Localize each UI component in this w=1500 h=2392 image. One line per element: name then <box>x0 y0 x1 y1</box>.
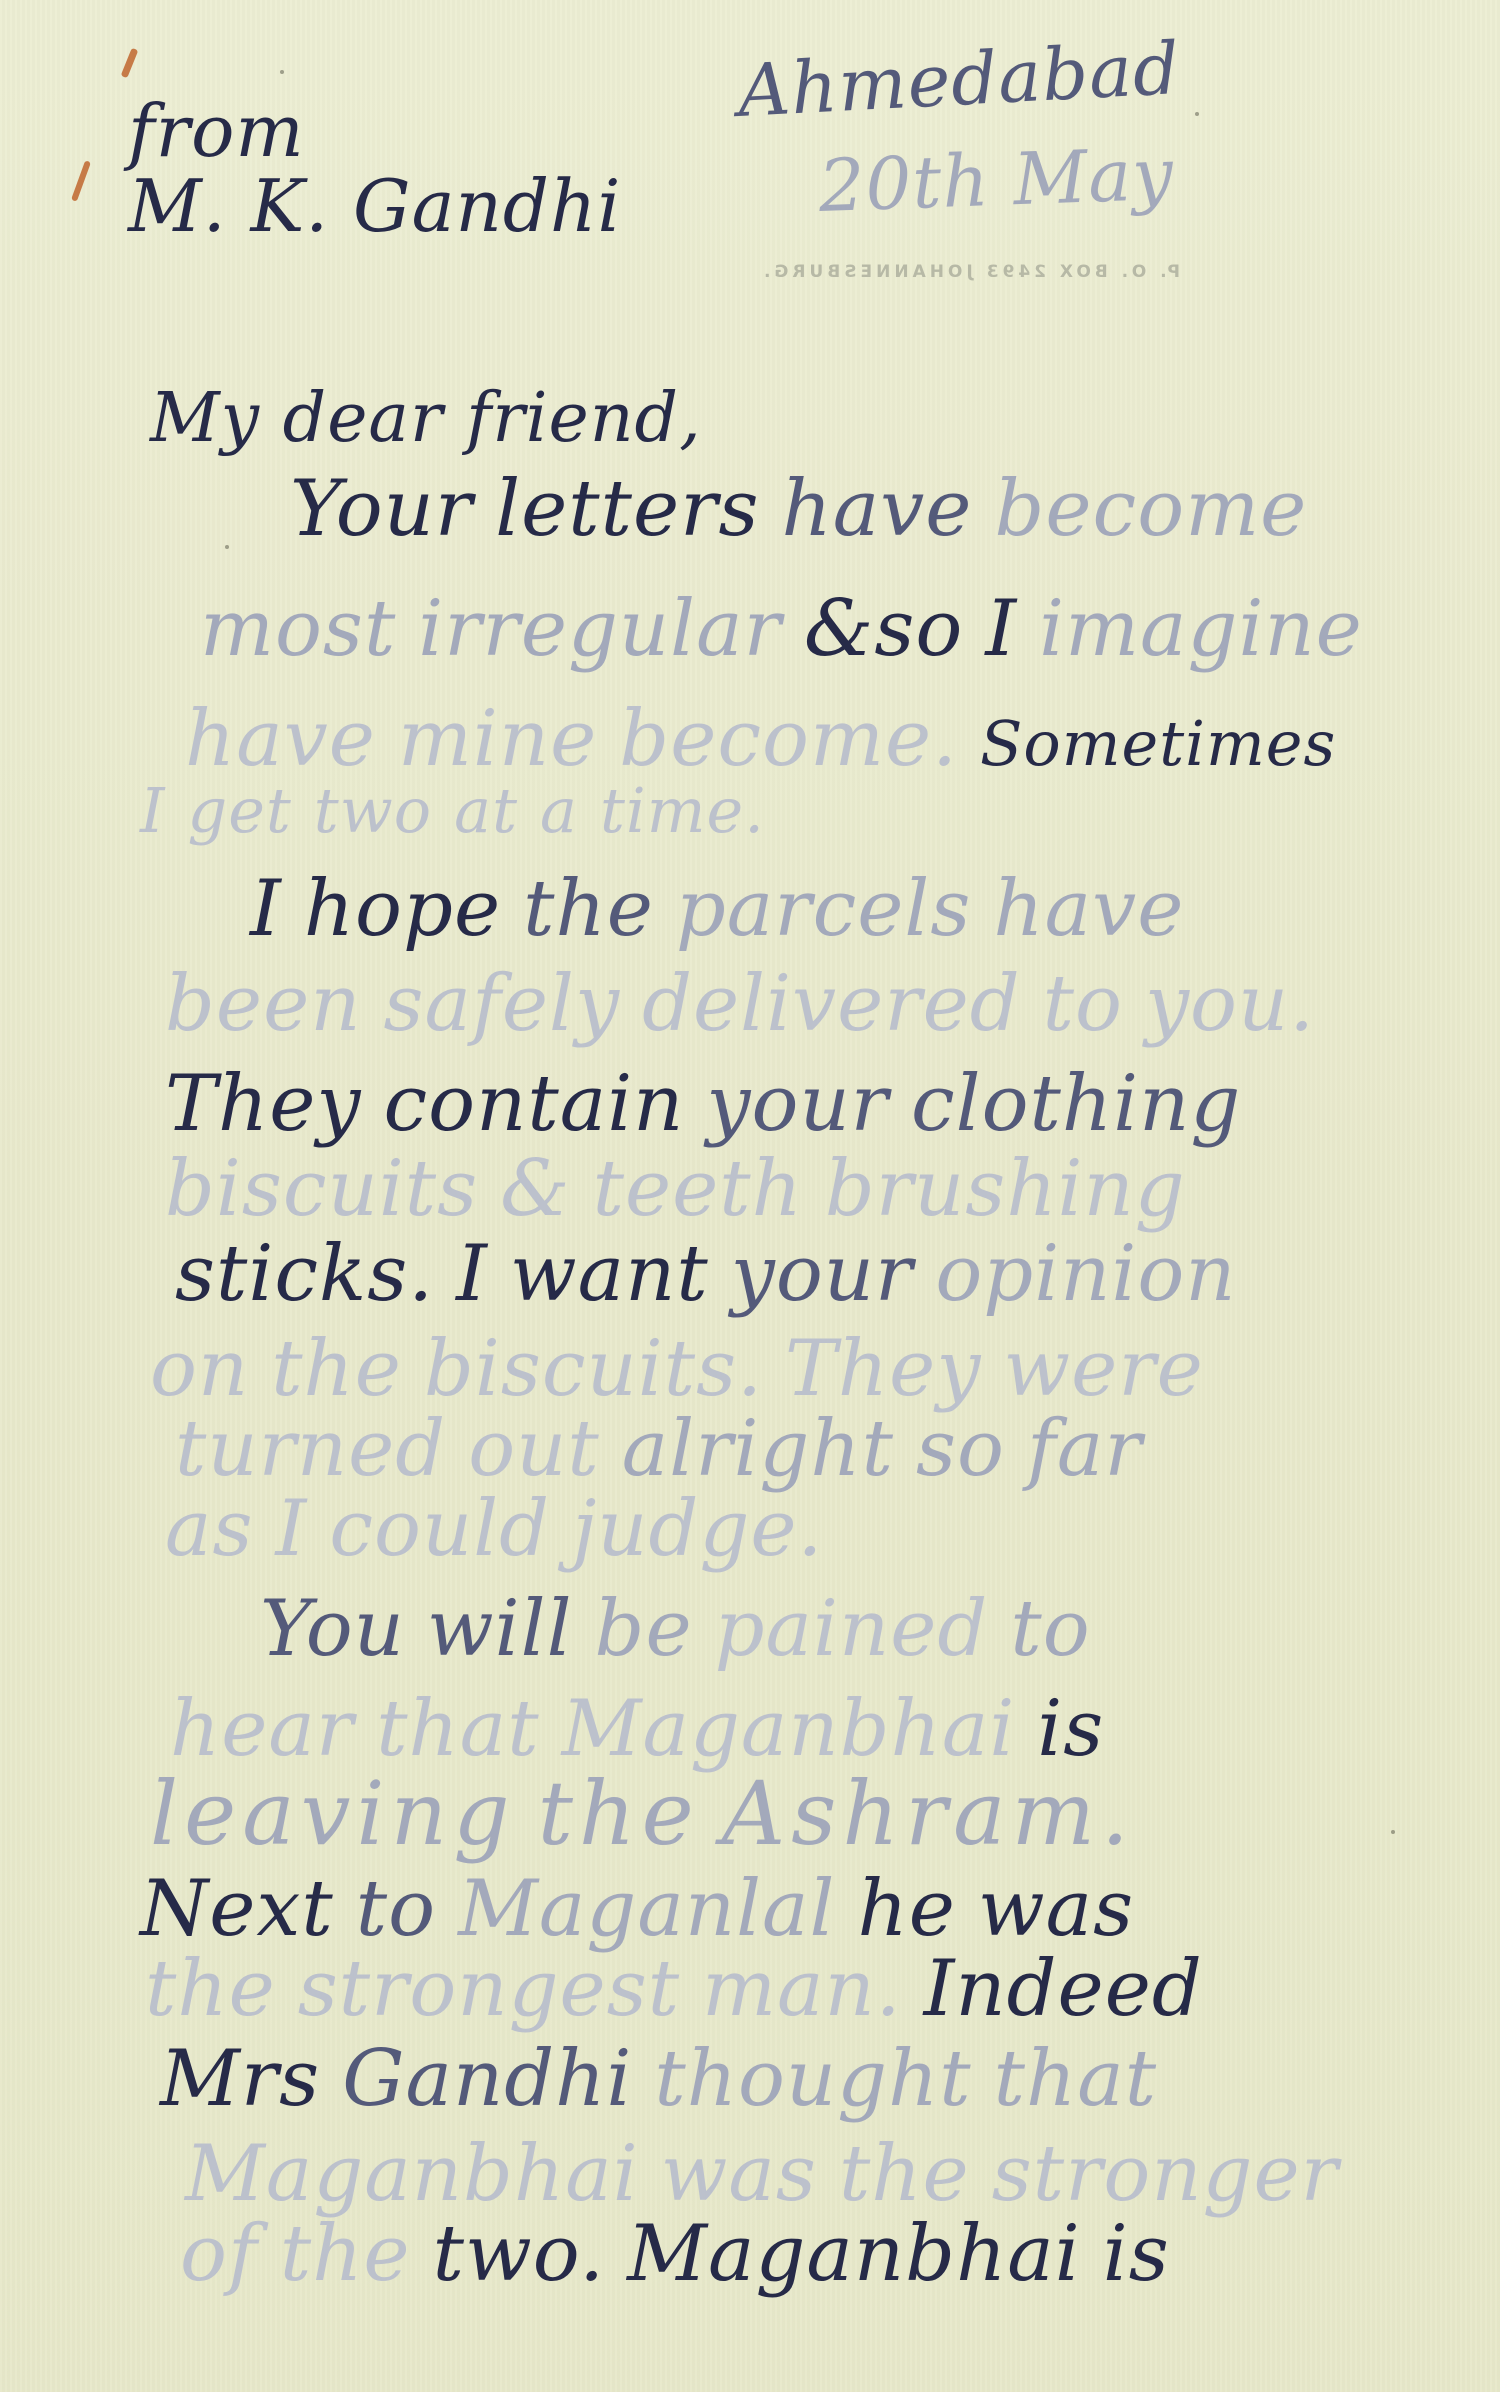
word: the <box>280 2215 411 2293</box>
salutation: My dear friend, <box>150 385 702 453</box>
word: of <box>180 2215 258 2293</box>
word: sticks. <box>175 1235 434 1313</box>
body-line-6: beensafelydeliveredtoyou. <box>165 965 1337 1043</box>
word: to <box>356 1870 436 1948</box>
word: was <box>978 1870 1134 1948</box>
word: pained <box>715 1590 989 1668</box>
word: far <box>1027 1410 1143 1488</box>
word: Mrs <box>160 2040 320 2118</box>
word: turned <box>175 1410 446 1488</box>
body-line-1: Yourlettershavebecome <box>290 470 1329 548</box>
paper-speck <box>1391 1830 1395 1834</box>
word: & <box>500 1150 570 1228</box>
word: so <box>916 1410 1005 1488</box>
word: be <box>595 1590 693 1668</box>
body-line-12: asIcouldjudge. <box>165 1490 845 1568</box>
body-line-18: MrsGandhithoughtthat <box>160 2040 1179 2118</box>
word: could <box>329 1490 550 1568</box>
word: your <box>706 1065 889 1143</box>
word: I <box>985 590 1017 668</box>
word: at <box>454 780 518 842</box>
word: Indeed <box>924 1950 1203 2028</box>
word: two. <box>433 2215 606 2293</box>
word: will <box>427 1590 573 1668</box>
word: clothing <box>911 1065 1241 1143</box>
word: They <box>785 1330 982 1408</box>
body-line-2: mostirregular&soIimagine <box>200 590 1385 668</box>
word: the <box>839 2135 970 2213</box>
word: hear <box>170 1690 354 1768</box>
word: alright <box>622 1410 894 1488</box>
word: I <box>276 1490 308 1568</box>
word: were <box>1003 1330 1203 1408</box>
word: Sometimes <box>980 713 1336 775</box>
paper-speck <box>225 545 229 549</box>
body-line-16: NexttoMaganlalhewas <box>140 1870 1156 1948</box>
sender-name: M. K. Gandhi <box>128 170 621 242</box>
word: you. <box>1145 965 1315 1043</box>
word: get <box>188 780 292 842</box>
body-line-15: leavingtheAshram. <box>150 1770 1157 1858</box>
word: Next <box>140 1870 334 1948</box>
word: time. <box>600 780 765 842</box>
body-line-13: Youwillbepainedto <box>260 1590 1113 1668</box>
word: delivered <box>642 965 1021 1043</box>
body-line-14: hearthatMaganbhaiis <box>170 1690 1126 1768</box>
word: have <box>185 700 376 778</box>
word: Maganbhai <box>562 1690 1016 1768</box>
word: the <box>538 1770 700 1858</box>
word: have <box>993 870 1184 948</box>
word: is <box>1103 2215 1170 2293</box>
word: been <box>165 965 362 1043</box>
word: You <box>260 1590 405 1668</box>
paper-speck <box>1195 112 1199 116</box>
word: I <box>250 870 282 948</box>
archival-mark-slash <box>71 160 91 202</box>
letter-date: 20th May <box>817 138 1174 222</box>
word: that <box>376 1690 539 1768</box>
word: a <box>540 780 578 842</box>
body-line-8: biscuits&teethbrushing <box>165 1150 1208 1228</box>
word: was <box>661 2135 817 2213</box>
word: stronger <box>992 2135 1339 2213</box>
word: as <box>165 1490 254 1568</box>
word: imagine <box>1039 590 1363 668</box>
word: man. <box>702 1950 902 2028</box>
word: on <box>150 1330 249 1408</box>
paper-speck <box>280 70 284 74</box>
word: thought <box>654 2040 971 2118</box>
word: have <box>781 470 972 548</box>
body-line-5: Ihopetheparcelshave <box>250 870 1206 948</box>
word: out <box>468 1410 600 1488</box>
word: become <box>994 470 1307 548</box>
word: strongest <box>298 1950 680 2028</box>
word: mine <box>398 700 597 778</box>
word: judge. <box>572 1490 823 1568</box>
word: become. <box>619 700 958 778</box>
archival-mark-number <box>121 48 139 78</box>
body-line-10: onthebiscuits.Theywere <box>150 1330 1226 1408</box>
word: I <box>140 780 166 842</box>
word: Maganbhai <box>627 2215 1081 2293</box>
sender-from: from <box>128 95 305 167</box>
word: opinion <box>935 1235 1236 1313</box>
word: hope <box>304 870 501 948</box>
body-line-11: turnedoutalrightsofar <box>175 1410 1165 1488</box>
letterhead-showthrough: P. O. BOX 2493 JOHANNESBURG. <box>760 262 1180 282</box>
body-line-9: sticks.Iwantyouropinion <box>175 1235 1259 1313</box>
word: &so <box>804 590 963 668</box>
word: contain <box>384 1065 685 1143</box>
word: Maganlal <box>458 1870 835 1948</box>
word: Gandhi <box>342 2040 632 2118</box>
word: Your <box>290 470 473 548</box>
body-line-7: Theycontainyourclothing <box>165 1065 1263 1143</box>
word: irregular <box>418 590 782 668</box>
word: letters <box>495 470 759 548</box>
word: parcels <box>676 870 972 948</box>
word: that <box>994 2040 1157 2118</box>
word: leaving <box>150 1770 516 1858</box>
word: your <box>731 1235 914 1313</box>
letter-place: Ahmedabad <box>736 32 1182 127</box>
word: I <box>456 1235 488 1313</box>
word: most <box>200 590 396 668</box>
word: They <box>165 1065 362 1143</box>
word: is <box>1037 1690 1104 1768</box>
word: Maganbhai <box>185 2135 639 2213</box>
body-line-20: ofthetwo.Maganbhaiis <box>180 2215 1192 2293</box>
word: to <box>1010 1590 1090 1668</box>
letter-page: from M. K. Gandhi Ahmedabad 20th May P. … <box>0 0 1500 2392</box>
word: brushing <box>825 1150 1186 1228</box>
word: to <box>1043 965 1123 1043</box>
body-line-4: Igettwoatatime. <box>140 780 787 842</box>
word: teeth <box>593 1150 803 1228</box>
word: Ashram. <box>722 1770 1135 1858</box>
word: biscuits. <box>424 1330 763 1408</box>
word: want <box>510 1235 709 1313</box>
body-line-3: haveminebecome.Sometimes <box>185 700 1358 778</box>
word: two <box>314 780 432 842</box>
word: the <box>271 1330 402 1408</box>
word: the <box>145 1950 276 2028</box>
body-line-19: Maganbhaiwasthestronger <box>185 2135 1361 2213</box>
word: the <box>523 870 654 948</box>
word: safely <box>384 965 621 1043</box>
word: he <box>858 1870 956 1948</box>
body-line-17: thestrongestman.Indeed <box>145 1950 1225 2028</box>
word: biscuits <box>165 1150 478 1228</box>
